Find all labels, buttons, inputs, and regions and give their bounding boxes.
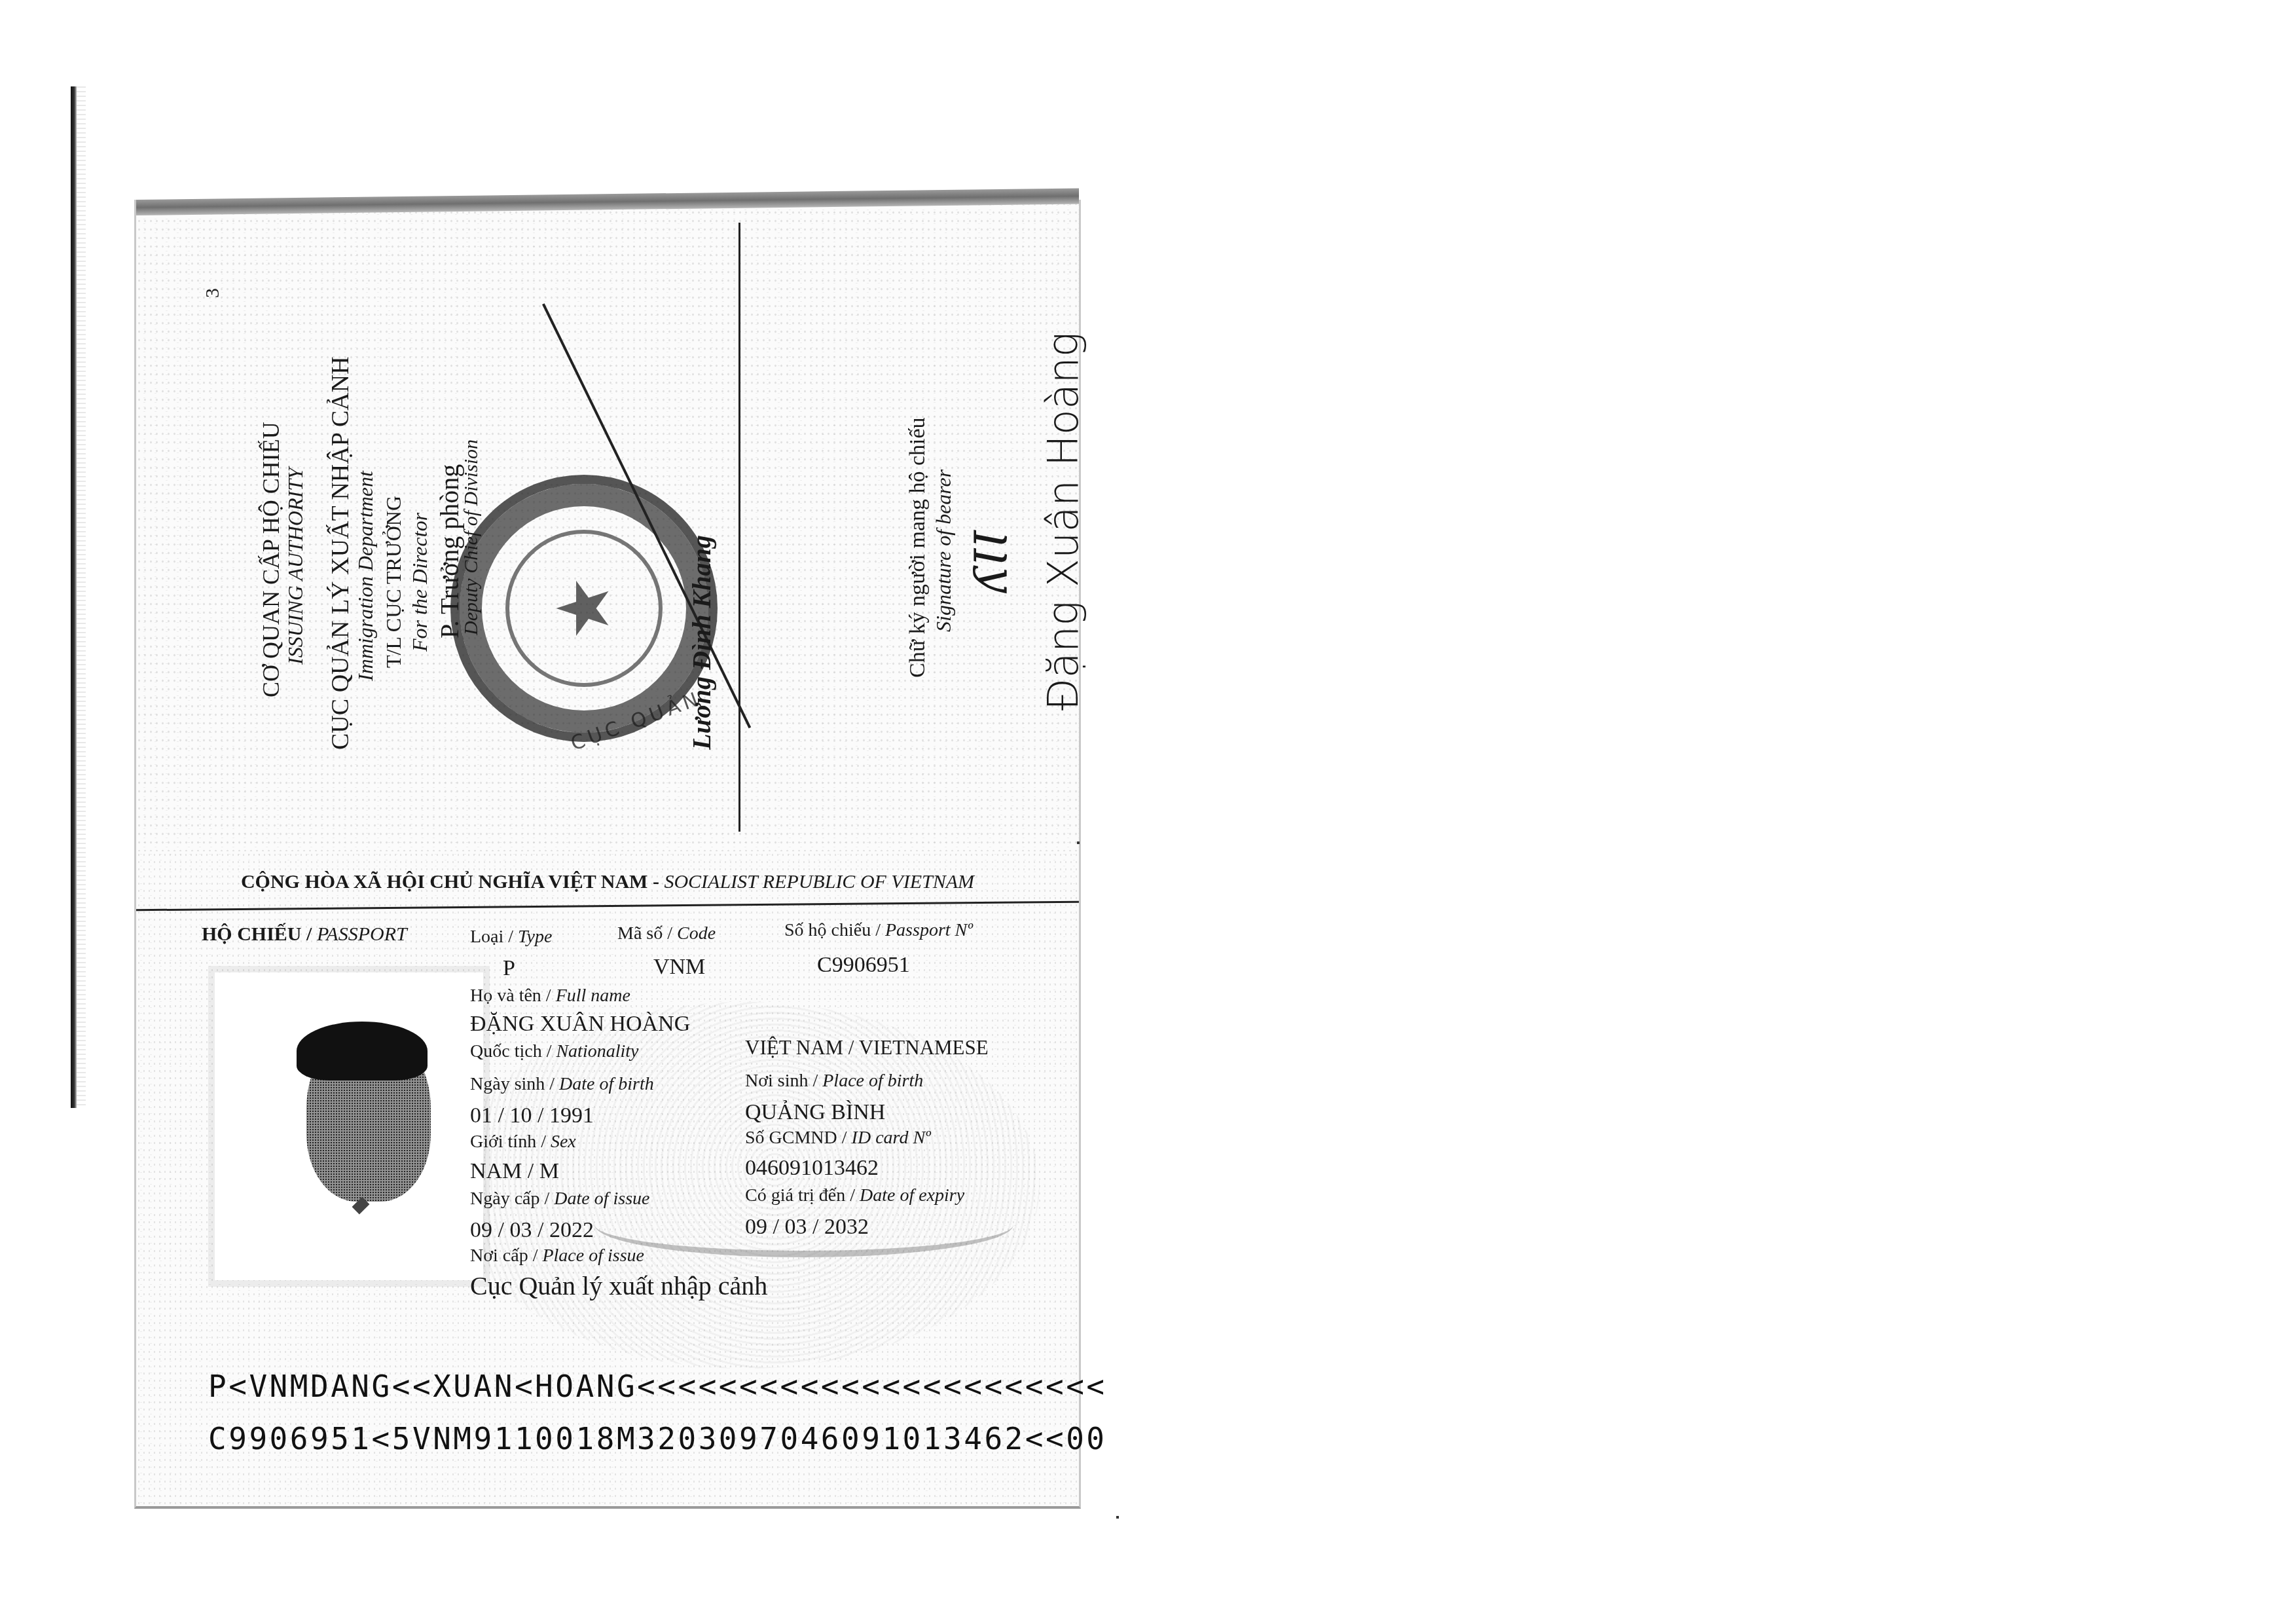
code-value: VNM (653, 955, 705, 980)
place-of-issue-label: Nơi cấp / Place of issue (470, 1246, 644, 1266)
holder-photo (215, 972, 483, 1280)
department-name-vn: CỤC QUẢN LÝ XUẤT NHẬP CẢNH (326, 356, 355, 750)
page-top-shadow (136, 188, 1079, 215)
signing-officer-name: Lương Đình Khang (686, 535, 717, 750)
bio-data-page: CỘNG HÒA XÃ HỘI CHỦ NGHĨA VIỆT NAM - SOC… (134, 851, 1081, 1509)
mrz-line-2: C9906951<5VNM9110018M3203097046091013462… (208, 1421, 1107, 1456)
country-separator: - (647, 871, 664, 893)
mrz-line-1: P<VNMDANG<<XUAN<HOANG<<<<<<<<<<<<<<<<<<<… (208, 1369, 1107, 1404)
passport-no-label: Số hộ chiếu / Passport Nº (784, 920, 973, 941)
page-number: 3 (202, 288, 224, 298)
label-sep: / (302, 923, 317, 945)
scanner-edge-shadow (71, 86, 77, 1108)
seal-star-icon: ★ (548, 576, 620, 641)
type-value: P (503, 956, 515, 981)
director-line-en: For the Director (408, 513, 432, 652)
date-of-issue-value: 09 / 03 / 2022 (470, 1218, 594, 1243)
scan-speck (1116, 1516, 1119, 1519)
date-of-expiry-value: 09 / 03 / 2032 (745, 1215, 869, 1240)
bearer-signature-label-vn: Chữ ký người mang hộ chiếu (905, 417, 930, 678)
type-label: Loại / Type (470, 927, 552, 948)
document-type-heading: HỘ CHIẾU / PASSPORT (202, 923, 407, 946)
department-name-en: Immigration Department (354, 471, 378, 681)
issuing-authority-label-en: ISSUING AUTHORITY (283, 468, 308, 665)
full-name-value: ĐẶNG XUÂN HOÀNG (470, 1012, 690, 1037)
passport-scan: 3 CƠ QUAN CẤP HỘ CHIẾU ISSUING AUTHORITY… (134, 187, 1077, 1509)
place-of-issue-value: Cục Quản lý xuất nhập cảnh (470, 1270, 767, 1301)
issuing-country-header: CỘNG HÒA XÃ HỘI CHỦ NGHĨA VIỆT NAM - SOC… (136, 871, 1079, 902)
country-name-vn: CỘNG HÒA XÃ HỘI CHỦ NGHĨA VIỆT NAM (241, 871, 647, 893)
nationality-label: Quốc tịch / Nationality (470, 1041, 638, 1062)
bearer-signature: ʎƖƖ (964, 530, 1018, 593)
nationality-value: VIỆT NAM / VIETNAMESE (745, 1036, 989, 1060)
code-label: Mã số / Code (617, 923, 716, 944)
scanner-edge-noise (77, 86, 86, 1108)
date-of-expiry-label: Có giá trị đến / Date of expiry (745, 1185, 964, 1206)
official-seal-stamp: ★ CỤC QUẢN (450, 475, 718, 742)
date-of-issue-label: Ngày cấp / Date of issue (470, 1189, 650, 1209)
id-card-value: 046091013462 (745, 1156, 879, 1181)
passport-number-value: C9906951 (817, 953, 910, 978)
sex-value: NAM / M (470, 1159, 559, 1184)
scan-speck (1077, 841, 1080, 844)
header-rule (136, 901, 1079, 912)
bearer-signature-label-en: Signature of bearer (932, 470, 956, 632)
portrait-hair (297, 1022, 428, 1080)
issuing-authority-label-vn: CƠ QUAN CẤP HỘ CHIẾU (257, 422, 285, 697)
place-of-birth-label: Nơi sinh / Place of birth (745, 1071, 923, 1092)
seal-text: CỤC QUẢN (568, 687, 704, 756)
doc-label-en: PASSPORT (317, 923, 407, 945)
director-line-vn: T/L CỤC TRƯỞNG (382, 496, 406, 668)
id-card-label: Số GCMND / ID card Nº (745, 1128, 931, 1149)
sex-label: Giới tính / Sex (470, 1132, 576, 1153)
full-name-label: Họ và tên / Full name (470, 986, 630, 1006)
place-of-birth-value: QUẢNG BÌNH (745, 1100, 885, 1125)
date-of-birth-label: Ngày sinh / Date of birth (470, 1074, 654, 1095)
signature-divider (738, 223, 740, 832)
date-of-birth-value: 01 / 10 / 1991 (470, 1103, 594, 1128)
deputy-title-en: Deputy Chief of Division (460, 439, 483, 635)
doc-label-vn: HỘ CHIẾU (202, 923, 302, 945)
bearer-handwritten-name: Đặng Xuân Hoàng (1040, 332, 1088, 710)
country-name-en: SOCIALIST REPUBLIC OF VIETNAM (664, 871, 974, 893)
